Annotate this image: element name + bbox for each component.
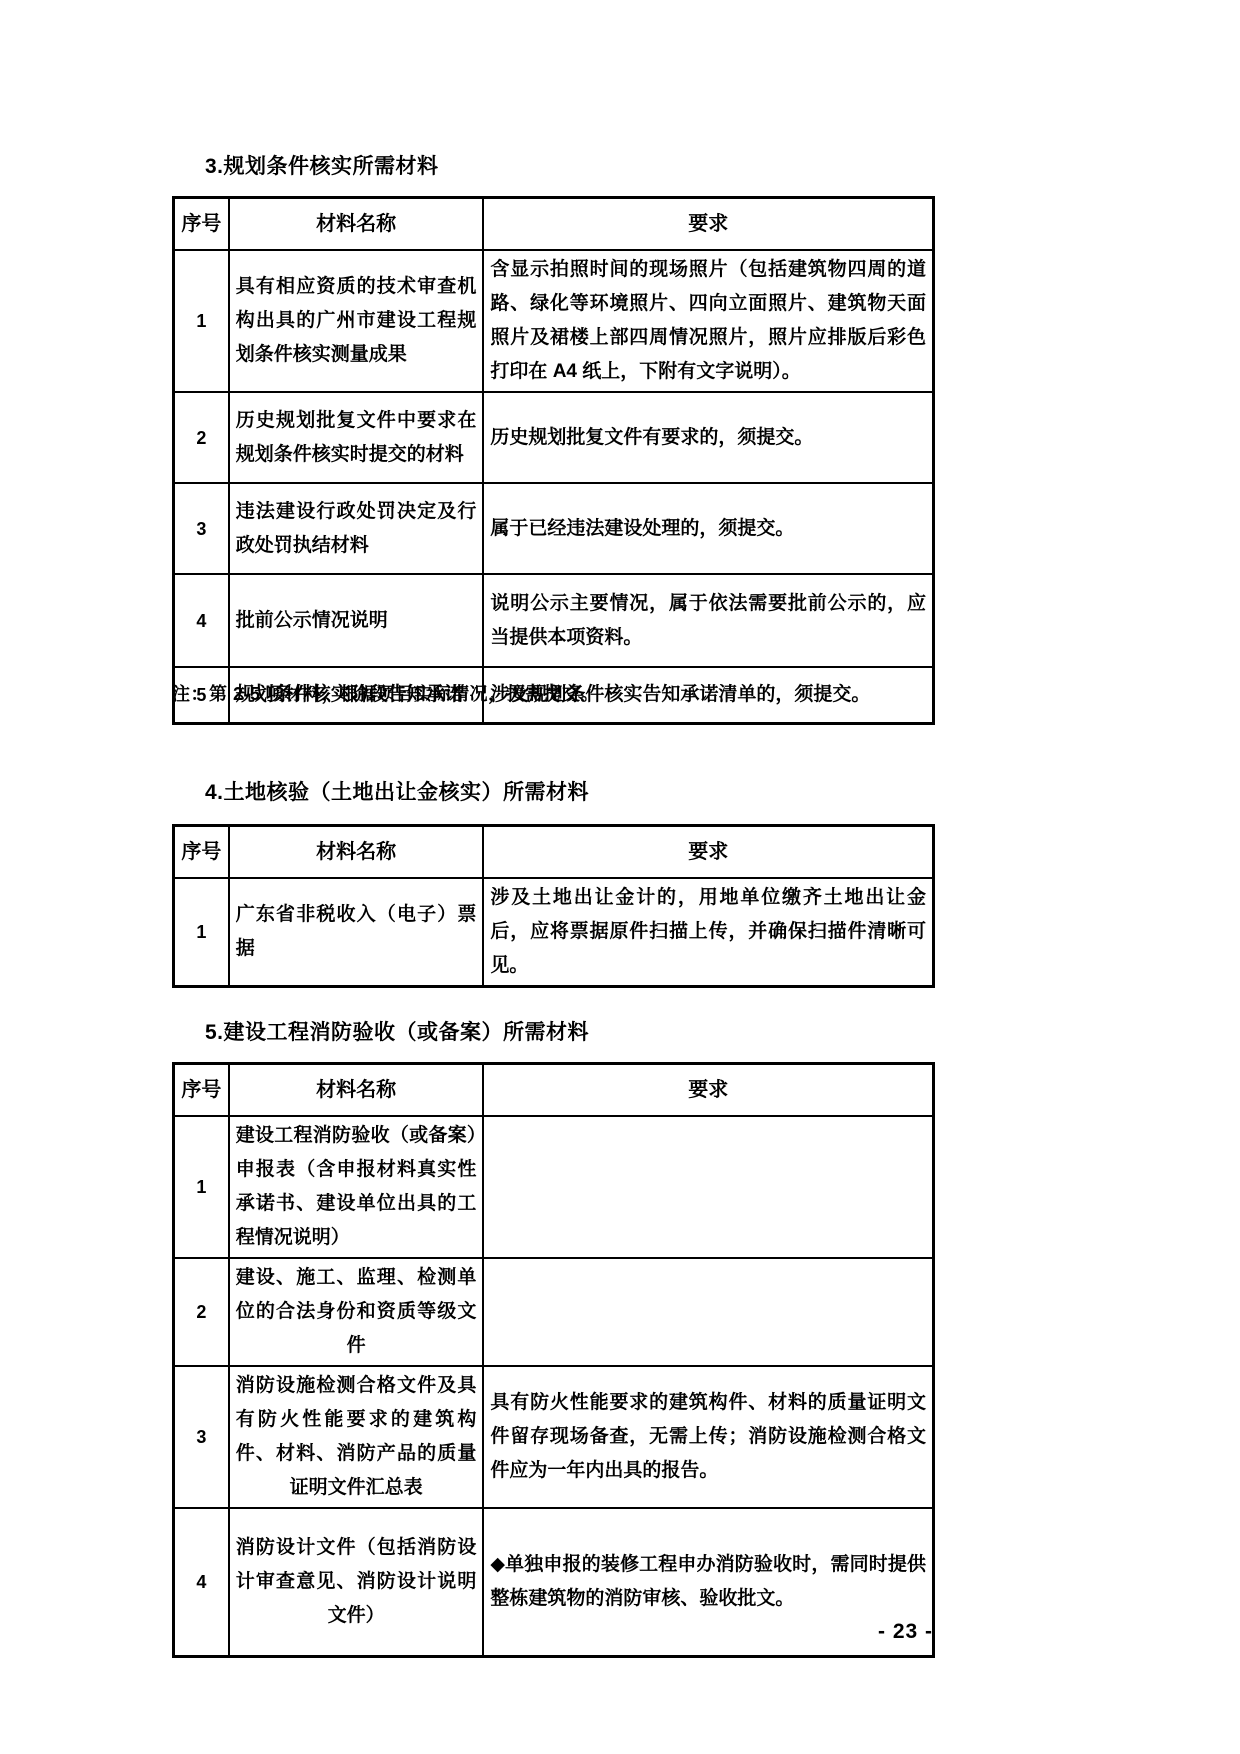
requirement-cell: 涉及土地出让金计的，用地单位缴齐土地出让金后，应将票据原件扫描上传，并确保扫描件… [483,878,933,987]
table-header-row: 序号 材料名称 要求 [174,826,934,879]
table-note: 注：第 2-5 项材料，根据项目实际情况，按需提交。 [172,680,599,706]
requirement-cell: 具有防火性能要求的建筑构件、材料的质量证明文件留存现场备查，无需上传；消防设施检… [483,1366,933,1508]
seq-cell: 2 [174,1258,229,1366]
header-requirement: 要求 [483,198,933,251]
materials-table-land-check: 序号 材料名称 要求 1 广东省非税收入（电子）票据 涉及土地出让金计的，用地单… [172,824,935,988]
table-row: 2 建设、施工、监理、检测单位的合法身份和资质等级文件 [174,1258,934,1366]
document-page: 3.规划条件核实所需材料 序号 材料名称 要求 1 具有相应资质的技术审查机构出… [0,0,1240,1754]
table-row: 3 违法建设行政处罚决定及行政处罚执结材料 属于已经违法建设处理的，须提交。 [174,483,934,574]
material-name-cell: 广东省非税收入（电子）票据 [229,878,484,987]
seq-cell: 1 [174,1116,229,1258]
seq-cell: 1 [174,250,229,392]
requirement-cell: 历史规划批复文件有要求的，须提交。 [483,392,933,483]
section-5-title: 5.建设工程消防验收（或备案）所需材料 [205,1016,589,1046]
table-row: 1 具有相应资质的技术审查机构出具的广州市建设工程规划条件核实测量成果 含显示拍… [174,250,934,392]
table-header-row: 序号 材料名称 要求 [174,198,934,251]
seq-cell: 3 [174,483,229,574]
page-number: - 23 - [878,1620,933,1644]
table-row: 4 消防设计文件（包括消防设计审查意见、消防设计说明文件） ◆单独申报的装修工程… [174,1508,934,1657]
requirement-cell [483,1258,933,1366]
seq-cell: 4 [174,574,229,667]
requirement-cell [483,1116,933,1258]
header-seq: 序号 [174,1064,229,1117]
header-material-name: 材料名称 [229,1064,484,1117]
table-row: 2 历史规划批复文件中要求在规划条件核实时提交的材料 历史规划批复文件有要求的，… [174,392,934,483]
material-name-cell: 违法建设行政处罚决定及行政处罚执结材料 [229,483,484,574]
material-name-cell: 建设工程消防验收（或备案）申报表（含申报材料真实性承诺书、建设单位出具的工程情况… [229,1116,484,1258]
section-4-title: 4.土地核验（土地出让金核实）所需材料 [205,776,589,806]
material-name-cell: 消防设计文件（包括消防设计审查意见、消防设计说明文件） [229,1508,484,1657]
header-material-name: 材料名称 [229,198,484,251]
material-name-cell: 建设、施工、监理、检测单位的合法身份和资质等级文件 [229,1258,484,1366]
material-name-cell: 消防设施检测合格文件及具有防火性能要求的建筑构件、材料、消防产品的质量证明文件汇… [229,1366,484,1508]
requirement-cell: 属于已经违法建设处理的，须提交。 [483,483,933,574]
materials-table-fire-acceptance: 序号 材料名称 要求 1 建设工程消防验收（或备案）申报表（含申报材料真实性承诺… [172,1062,935,1658]
requirement-cell: 含显示拍照时间的现场照片（包括建筑物四周的道路、绿化等环境照片、四向立面照片、建… [483,250,933,392]
header-material-name: 材料名称 [229,826,484,879]
table-row: 1 广东省非税收入（电子）票据 涉及土地出让金计的，用地单位缴齐土地出让金后，应… [174,878,934,987]
materials-table-planning: 序号 材料名称 要求 1 具有相应资质的技术审查机构出具的广州市建设工程规划条件… [172,196,935,725]
table-row: 4 批前公示情况说明 说明公示主要情况，属于依法需要批前公示的，应当提供本项资料… [174,574,934,667]
header-requirement: 要求 [483,1064,933,1117]
material-name-cell: 批前公示情况说明 [229,574,484,667]
requirement-cell: ◆单独申报的装修工程申办消防验收时，需同时提供整栋建筑物的消防审核、验收批文。 [483,1508,933,1657]
material-name-cell: 具有相应资质的技术审查机构出具的广州市建设工程规划条件核实测量成果 [229,250,484,392]
seq-cell: 2 [174,392,229,483]
seq-cell: 1 [174,878,229,987]
header-seq: 序号 [174,198,229,251]
section-3-title: 3.规划条件核实所需材料 [205,150,439,180]
header-requirement: 要求 [483,826,933,879]
requirement-cell: 说明公示主要情况，属于依法需要批前公示的，应当提供本项资料。 [483,574,933,667]
table-row: 1 建设工程消防验收（或备案）申报表（含申报材料真实性承诺书、建设单位出具的工程… [174,1116,934,1258]
header-seq: 序号 [174,826,229,879]
table-row: 3 消防设施检测合格文件及具有防火性能要求的建筑构件、材料、消防产品的质量证明文… [174,1366,934,1508]
table-header-row: 序号 材料名称 要求 [174,1064,934,1117]
seq-cell: 4 [174,1508,229,1657]
seq-cell: 3 [174,1366,229,1508]
material-name-cell: 历史规划批复文件中要求在规划条件核实时提交的材料 [229,392,484,483]
